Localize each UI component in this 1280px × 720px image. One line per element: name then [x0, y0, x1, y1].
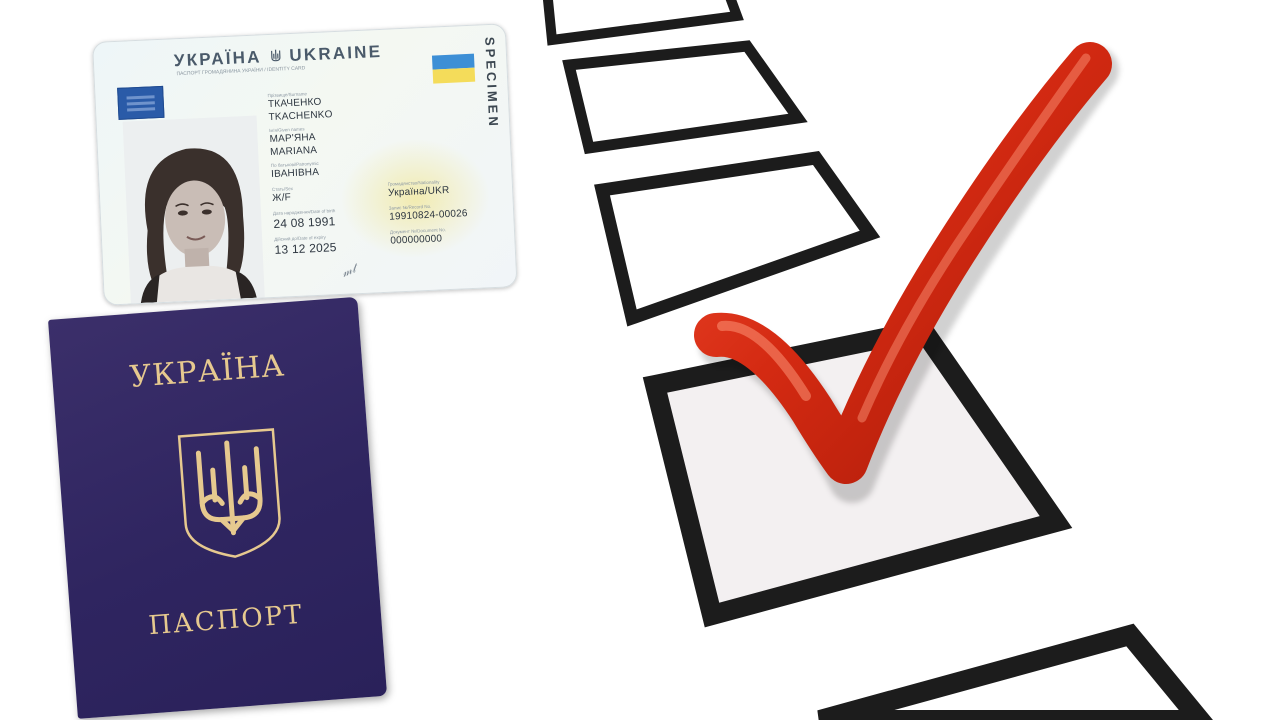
- portrait-image: [123, 116, 265, 304]
- illustration-scene: УКРАЇНА UKRAINE ПАСПОРТ ГРОМАДЯНИНА УКРА…: [0, 0, 1280, 720]
- birth-date-value: 24 08 1991: [273, 214, 336, 231]
- eu-badge-icon: [117, 86, 164, 120]
- document-number-value: 000000000: [390, 233, 442, 246]
- id-card-header-ukr: УКРАЇНА: [174, 47, 262, 70]
- checkbox-2[interactable]: [569, 46, 798, 148]
- sex-value: Ж/F: [272, 192, 291, 204]
- given-name-ukr: МАР'ЯНА: [269, 132, 316, 145]
- surname-eng: TKACHENKO: [268, 109, 332, 123]
- expiry-date-value: 13 12 2025: [274, 240, 337, 257]
- signature: 𝓂𝓉: [339, 261, 358, 280]
- id-card-header-eng: UKRAINE: [289, 42, 383, 65]
- checkbox-1[interactable]: [546, 0, 737, 40]
- passport: УКРАЇНА ПАСПОРТ: [48, 297, 387, 719]
- checkbox-4-checked[interactable]: [655, 330, 1056, 615]
- ukraine-flag-icon: [432, 54, 475, 84]
- surname-ukr: ТКАЧЕНКО: [268, 97, 322, 110]
- checkbox-5[interactable]: [820, 635, 1200, 720]
- id-card: УКРАЇНА UKRAINE ПАСПОРТ ГРОМАДЯНИНА УКРА…: [92, 23, 518, 306]
- passport-label: ПАСПОРТ: [70, 594, 381, 647]
- checkbox-3[interactable]: [602, 158, 870, 318]
- trident-icon: [270, 48, 281, 62]
- specimen-mark: SPECIMEN: [475, 37, 501, 130]
- trident-icon: [175, 425, 287, 564]
- given-name-eng: MARIANA: [270, 145, 317, 158]
- sex-label: Стать/Sex: [272, 186, 293, 192]
- id-card-photo: [123, 116, 265, 304]
- patronymic-value: ІВАНІВНА: [271, 167, 319, 180]
- passport-title: УКРАЇНА: [51, 343, 363, 401]
